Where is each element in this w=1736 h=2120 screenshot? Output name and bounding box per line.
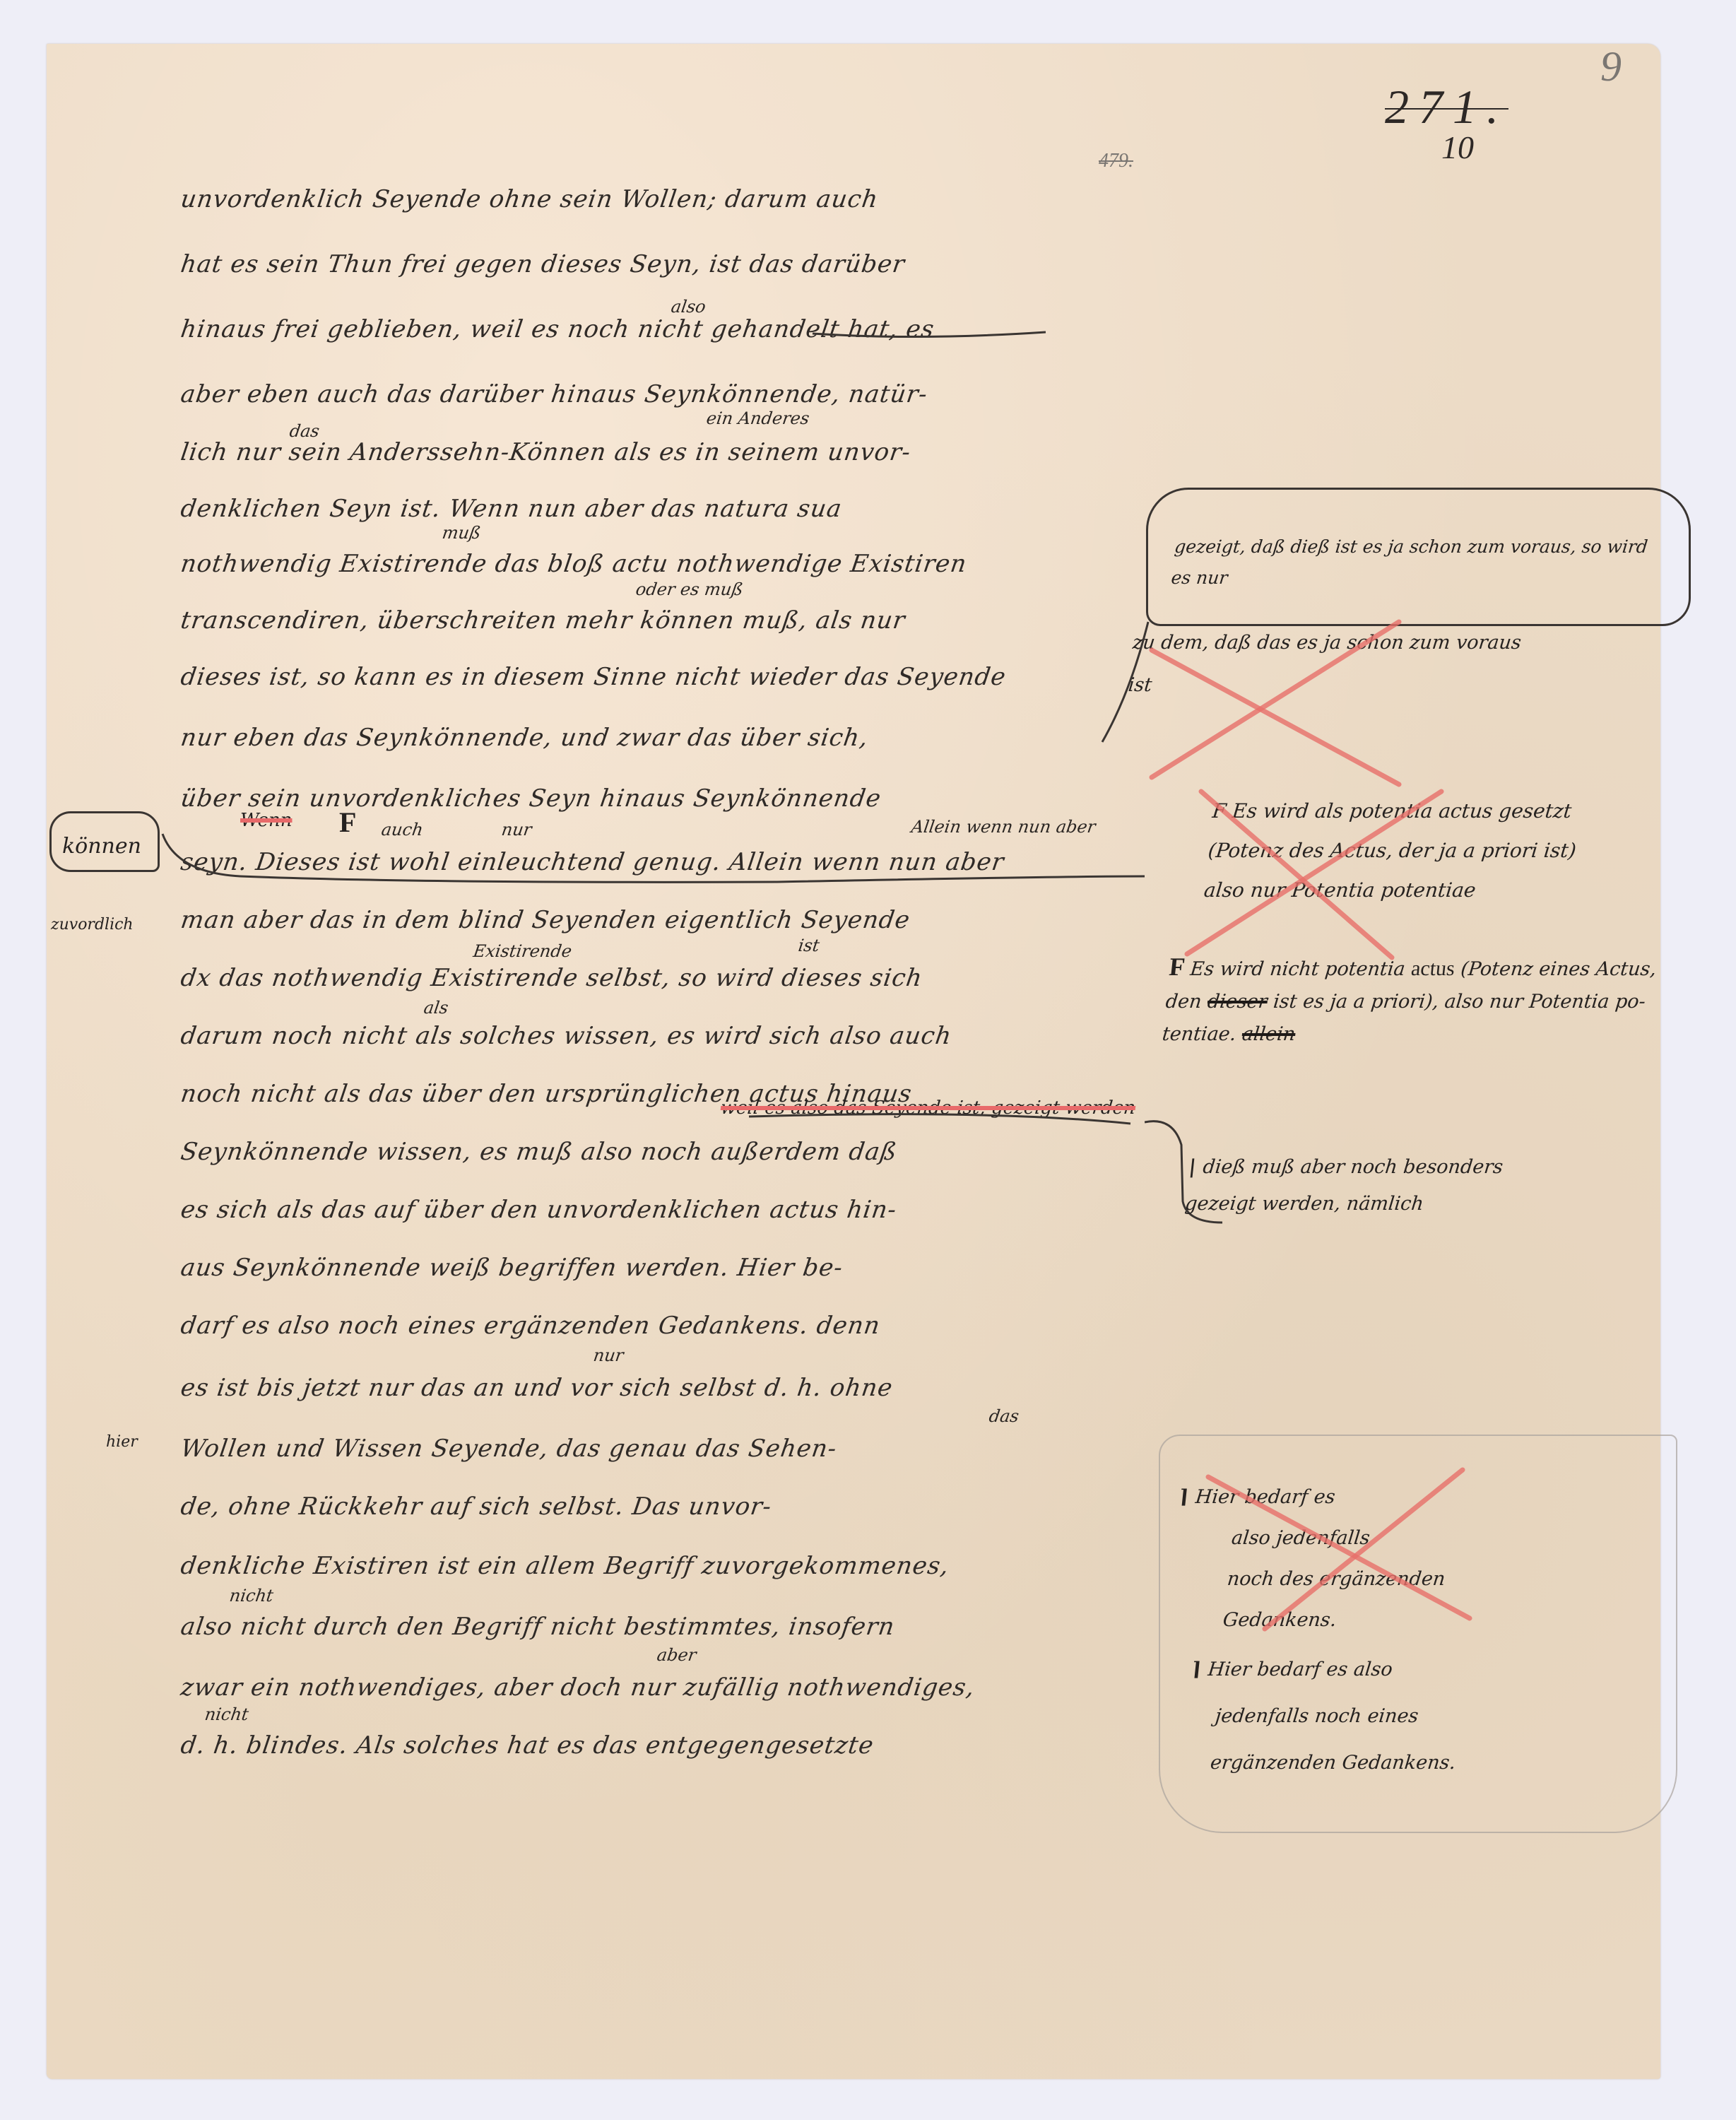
text-line: man aber das in dem blind Seyenden eigen… [179,906,912,934]
text-line: darum noch nicht als solches wissen, es … [179,1022,953,1050]
note-line: gezeigt werden, nämlich [1183,1186,1667,1223]
note-line: ⌉Hier bedarf es also [1189,1647,1660,1693]
note-line: jedenfalls noch eines [1185,1693,1656,1740]
note-text: tentiae. [1161,1023,1243,1045]
struck-word: allein [1241,1023,1297,1045]
text-line: seyn. Dieses ist wohl einleuchtend genug… [179,848,1006,876]
text-line: also nicht durch den Begriff nicht besti… [179,1613,897,1641]
text-line: dx das nothwendig Existirende selbst, so… [179,964,924,992]
insertion: Allein wenn nun aber [910,817,1097,837]
insertion: also [670,297,707,317]
text-line: aber eben auch das darüber hinaus Seynkö… [179,380,929,408]
margin-note-F: FEs wird nicht potentia actus (Potenz ei… [1161,950,1666,1051]
note-line: |dieß muß aber noch besonders [1187,1149,1671,1186]
margin-note-bracket-1: |dieß muß aber noch besonders gezeigt we… [1183,1149,1672,1223]
struck-word: dieser [1206,991,1268,1013]
text-line: transcendiren, überschreiten mehr können… [179,606,907,635]
pencil-page-number: 9 [1600,42,1622,91]
text-line: d. h. blindes. Als solches hat es das en… [179,1731,875,1760]
text-line: hat es sein Thun frei gegen dieses Seyn,… [179,250,907,278]
note-line: ergänzenden Gedankens. [1180,1740,1651,1786]
insertion: aber [656,1645,697,1665]
margin-note-crossed-3: ⌉Hier bedarf es also jedenfalls noch des… [1164,1477,1577,1641]
text-line: hinaus frei geblieben, weil es noch nich… [179,315,936,343]
note-line: noch des ergänzenden [1169,1559,1569,1600]
insertion: nicht [228,1586,275,1606]
text-line: über sein unvordenkliches Seyn hinaus Se… [179,784,883,813]
insertion: nur [592,1345,625,1365]
insertion: nur [500,820,533,840]
insertion: oder es muß [634,579,744,599]
margin-note-boxed: gezeigt, daß dieß ist es ja schon zum vo… [1169,531,1670,594]
text-line: denklichen Seyn ist. Wenn nun aber das n… [179,495,844,523]
margin-note-red-struck: weil es also das Seyende ist, gezeigt we… [719,1094,1429,1122]
text-line: de, ohne Rückkehr auf sich selbst. Das u… [179,1492,774,1521]
text-line: nur eben das Seynkönnende, und zwar das … [179,724,870,752]
insertion: nicht [203,1704,250,1724]
margin-note-zuvordlich: zuvordlich [51,916,134,934]
note-text: ist es ja a priori), also nur Potentia p… [1266,991,1646,1013]
text-line: zwar ein nothwendiges, aber doch nur zuf… [179,1673,976,1702]
marker-F: F [1168,953,1186,981]
text-line: nothwendig Existirende das bloß actu not… [179,550,969,578]
folio-number: 10 [1441,129,1474,166]
insertion: ein Anderes [705,408,810,428]
latin-actus: actus [1410,957,1456,980]
text-line: darf es also noch eines ergänzenden Geda… [179,1312,882,1340]
red-struck-text: weil es also das Seyende ist, gezeigt we… [719,1097,1136,1119]
text-line: unvordenklich Seyende ohne sein Wollen; … [179,185,880,213]
note-line: also jedenfalls [1173,1518,1573,1559]
text-line: lich nur sein Anderssehn-Können als es i… [179,438,913,466]
margin-note-wenn: Wenn [240,810,292,831]
margin-note-bracket-2: ⌉Hier bedarf es also jedenfalls noch ein… [1180,1647,1661,1786]
text-line: denkliche Existiren ist ein allem Begrif… [179,1552,951,1580]
note-line: Gedankens. [1164,1600,1564,1641]
text-line: aus Seynkönnende weiß begriffen werden. … [179,1254,844,1282]
insertion: ist [797,936,821,955]
text-line: Wollen und Wissen Seyende, das genau das… [179,1435,839,1463]
text-line: es sich als das auf über den unvordenkli… [179,1196,899,1224]
text-line: Seynkönnende wissen, es muß also noch au… [179,1138,899,1166]
note-line: ⌉Hier bedarf es [1177,1477,1577,1518]
insertion: das [988,1406,1020,1426]
text-line: dieses ist, so kann es in diesem Sinne n… [179,663,1008,691]
insertion: als [423,998,449,1018]
margin-note-crossed-2: F Es wird als potentia actus gesetzt (Po… [1202,791,1610,910]
insertion: muß [441,523,482,543]
note-text: Es wird nicht potentia [1189,958,1412,980]
struck-folio-number: 271. [1385,79,1508,135]
insertion: auch [380,820,425,840]
insertion: Existirende [472,941,573,961]
margin-note-F: F [339,806,356,839]
margin-note-koennen: können [62,834,141,859]
struck-top-number: 479. [1099,150,1133,172]
text-line: es ist bis jetzt nur das an und vor sich… [179,1374,894,1402]
insertion: das [288,421,321,441]
margin-note-hier: hier [106,1433,138,1451]
margin-note-crossed-1: zu dem, daß das es ja schon zum voraus i… [1126,622,1531,707]
